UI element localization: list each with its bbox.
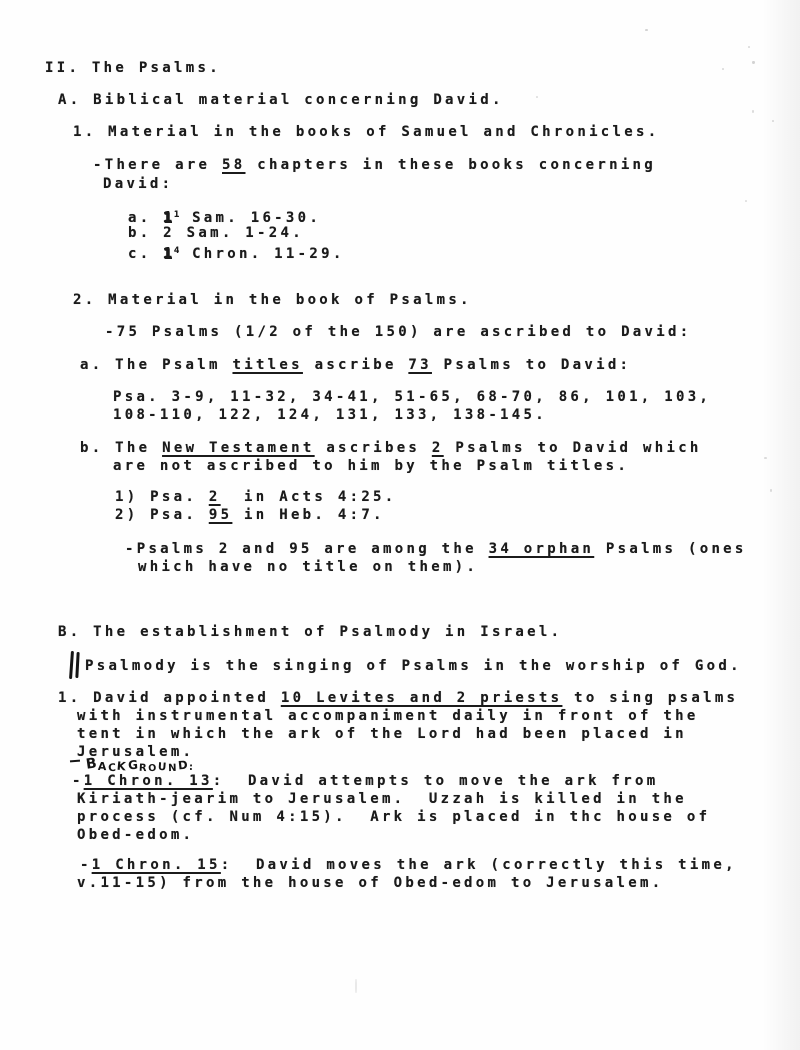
note-58-chapters-line1: -There are 58 chapters in these books co… [93,158,656,173]
typed-text: -Psalms 2 and 95 are among the [125,541,489,557]
typed-text: 2. Material in the book of Psalms. [73,292,472,308]
hand-letter: O [148,763,157,775]
hand-dash [70,760,80,763]
typed-text: which have no title on them). [138,559,478,575]
typed-text: Psalms to David: [432,357,631,373]
typed-text: -There are [93,157,222,173]
note-75-psalms: -75 Psalms (1/2 of the 150) are ascribed… [105,325,691,340]
typed-text: : David attempts to move the ark from [213,773,659,789]
typed-text: a. [128,210,163,226]
chron13-note-line4: Obed-edom. [77,828,194,843]
psalm-refs-line2: 108-110, 122, 124, 131, 133, 138-145. [113,408,547,423]
typed-text: with instrumental accompaniment daily in… [77,708,699,724]
scan-speck [752,110,754,113]
typed-text: process (cf. Num 4:15). Ark is placed in… [77,809,710,825]
hand-letter: G [127,758,138,773]
item-a2a-heading: a. The Psalm titles ascribe 73 Psalms to… [80,358,631,373]
orphan-psalms-note-line1: -Psalms 2 and 95 are among the 34 orphan… [125,542,747,557]
underlined-text: 1 Chron. 15 [88,857,225,873]
scan-speck [752,61,755,64]
chron13-note-line2: Kiriath-jearim to Jerusalem. Uzzah is ki… [77,792,687,807]
typed-text: are not ascribed to him by the Psalm tit… [113,458,629,474]
typed-text: David: [103,176,173,192]
orphan-psalms-note-line2: which have no title on them). [138,560,478,575]
typed-text: a. The Psalm [80,357,232,373]
item-b1-line3: tent in which the ark of the Lord had be… [77,727,687,742]
typed-text: : David moves the ark (correctly this ti… [221,857,737,873]
scan-speck [748,46,750,48]
scan-speck [745,200,747,202]
underlined-text: New Testament [158,440,318,456]
underlined-text: 1 Chron. 13 [80,773,217,789]
nt-item-2-heb: 2) Psa. 95 in Heb. 4:7. [115,508,385,523]
item-b1-line1: 1. David appointed 10 Levites and 2 prie… [58,691,738,706]
heading-a-biblical-material: A. Biblical material concerning David. [58,93,504,108]
chron13-note-line1: -1 Chron. 13: David attempts to move the… [72,774,658,789]
overstrike-mark: 1 [174,210,179,220]
typed-text: ascribe [303,357,409,373]
overstrike-mark: 4 [174,246,179,256]
hand-letter: N [168,763,177,774]
typed-text: 1) Psa. [115,489,209,505]
underlined-text: titles [228,357,306,373]
psalm-refs-line1: Psa. 3-9, 11-32, 34-41, 51-65, 68-70, 86… [113,390,711,405]
scan-speck [645,29,648,31]
note-58-chapters-line2: David: [103,177,173,192]
scan-speck [722,68,724,70]
typed-text: Psa. 3-9, 11-32, 34-41, 51-65, 68-70, 86… [113,389,711,405]
item-a2b-heading-line1: b. The New Testament ascribes 2 Psalms t… [80,441,702,456]
typed-text: B. The establishment of Psalmody in Isra… [58,624,562,640]
list-item-c-1chron: c. 14 Chron. 11-29. [128,244,345,262]
chron15-note-line2: v.11-15) from the house of Obed-edom to … [77,876,663,891]
item-a1-heading: 1. Material in the books of Samuel and C… [73,125,659,140]
hand-letter: B [85,755,98,772]
heading-b-establishment: B. The establishment of Psalmody in Isra… [58,625,562,640]
typed-text: Psalmody is the singing of Psalms in the… [85,658,742,674]
typed-text: chapters in these books concerning [246,157,657,173]
scan-edge-shading [762,0,800,1050]
typed-text: Kiriath-jearim to Jerusalem. Uzzah is ki… [77,791,687,807]
typed-text: b. 2 Sam. 1-24. [128,225,304,241]
hand-letter: D [177,758,188,773]
typed-text: ascribes [315,440,432,456]
typed-text: Chron. 11-29. [180,246,344,262]
typed-text: Sam. 16-30. [180,210,321,226]
typed-text: in Acts 4:25. [221,489,397,505]
typed-text: tent in which the ark of the Lord had be… [77,726,687,742]
item-b1-line2: with instrumental accompaniment daily in… [77,709,699,724]
heading-ii-the-psalms: II. The Psalms. [45,61,221,76]
typed-text: v.11-15) from the house of Obed-edom to … [77,875,663,891]
typed-text: 108-110, 122, 124, 131, 133, 138-145. [113,407,547,423]
hand-letter: A [98,760,107,773]
typed-text: c. [128,246,163,262]
typed-text: II. The Psalms. [45,60,221,76]
typed-text: 2) Psa. [115,507,209,523]
item-a2-heading: 2. Material in the book of Psalms. [73,293,472,308]
nt-item-1-acts: 1) Psa. 2 in Acts 4:25. [115,490,397,505]
scan-speck [536,96,538,98]
chron13-note-line3: process (cf. Num 4:15). Ark is placed in… [77,810,710,825]
emphasis-bar [69,651,74,679]
typed-text: in Heb. 4:7. [232,507,384,523]
emphasis-bar [75,652,79,678]
hand-letter: R [139,763,147,774]
item-a2b-heading-line2: are not ascribed to him by the Psalm tit… [113,459,629,474]
hand-letter: K [117,759,127,774]
psalmody-definition: Psalmody is the singing of Psalms in the… [85,659,742,674]
typed-text: b. The [80,440,162,456]
hand-letter: : [189,762,193,773]
scan-speck [355,979,357,993]
typed-text: 1. Material in the books of Samuel and C… [73,124,659,140]
list-item-b-2sam: b. 2 Sam. 1-24. [128,226,304,241]
underlined-text: 10 Levites and 2 priests [277,690,567,706]
typed-text: 1. David appointed [58,690,281,706]
typed-text: to sing psalms [562,690,738,706]
hand-letter: U [157,761,166,774]
typed-text: Obed-edom. [77,827,194,843]
list-item-a-1sam: a. 11 Sam. 16-30. [128,208,321,226]
handwritten-background-note: BACKGROUND: [70,753,194,772]
typed-text: -75 Psalms (1/2 of the 150) are ascribed… [105,324,691,340]
underlined-text: 34 orphan [485,541,599,557]
hand-letter: C [108,762,116,774]
typed-text: Psalms (ones [594,541,746,557]
typed-text: Psalms to David which [444,440,702,456]
chron15-note-line1: -1 Chron. 15: David moves the ark (corre… [80,858,737,873]
typed-text: A. Biblical material concerning David. [58,92,504,108]
document-page: II. The Psalms.A. Biblical material conc… [0,0,800,1050]
